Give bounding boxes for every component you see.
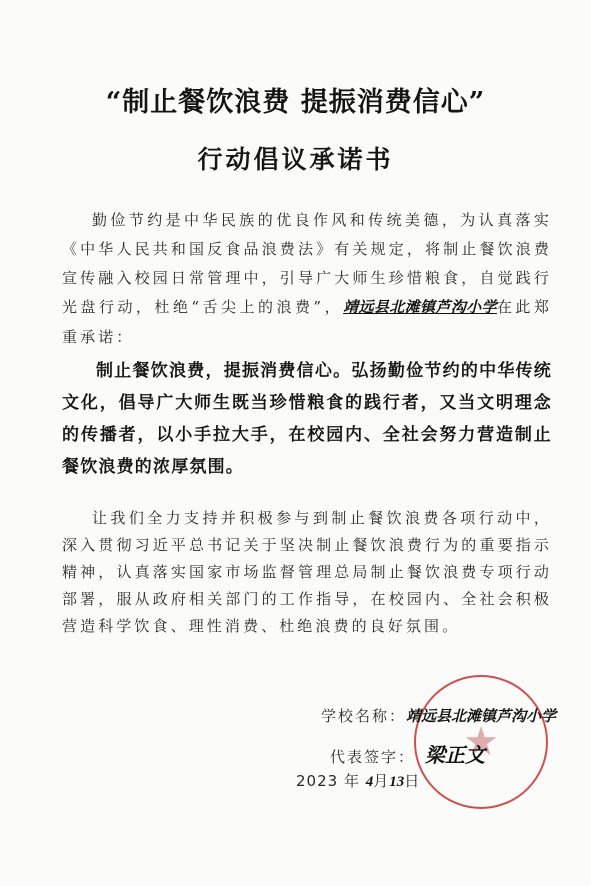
- handwritten-school-name: 靖远县北滩镇芦沟小学: [343, 300, 497, 316]
- date-day-unit: 日: [404, 772, 420, 790]
- document-subtitle: 行动倡议承诺书: [0, 140, 591, 176]
- date-year-unit: 年: [344, 772, 360, 790]
- school-name-label: 学校名称：: [321, 707, 406, 725]
- representative-label: 代表签字：: [330, 748, 415, 766]
- date-month-unit: 月: [373, 772, 389, 790]
- date-line: 2023 年 4月13日: [296, 770, 420, 791]
- school-name-handwritten: 靖远县北滩镇芦沟小学: [406, 709, 556, 725]
- date-day: 13: [389, 774, 404, 790]
- paragraph-action: 让我们全力支持并积极参与到制止餐饮浪费各项行动中，深入贯彻习近平总书记关于坚决制…: [62, 505, 552, 640]
- date-year: 2023: [296, 772, 338, 790]
- school-name-line: 学校名称：靖远县北滩镇芦沟小学: [321, 705, 556, 726]
- representative-signature: 梁正文: [425, 745, 485, 767]
- representative-line: 代表签字：梁正文: [330, 739, 485, 768]
- document-title: “制止餐饮浪费 提振消费信心”: [0, 80, 591, 119]
- paragraph-intro: 勤俭节约是中华民族的优良作风和传统美德，为认真落实《中华人民共和国反食品浪费法》…: [62, 206, 552, 352]
- paragraph-pledge: 制止餐饮浪费，提振消费信心。弘扬勤俭节约的中华传统文化，倡导广大师生既当珍惜粮食…: [62, 355, 552, 483]
